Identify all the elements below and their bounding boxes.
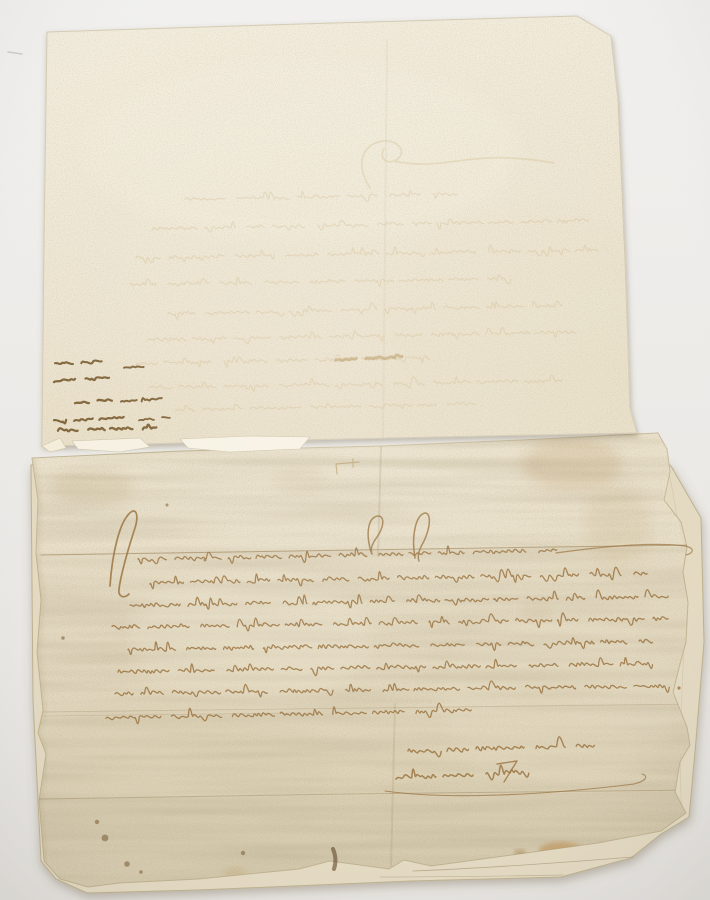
upper-paper-texture — [30, 10, 650, 450]
upper-letter — [30, 10, 670, 470]
photo-of-manuscripts — [0, 0, 710, 900]
lower-document — [20, 425, 710, 900]
manuscript-photo-canvas — [0, 0, 710, 900]
